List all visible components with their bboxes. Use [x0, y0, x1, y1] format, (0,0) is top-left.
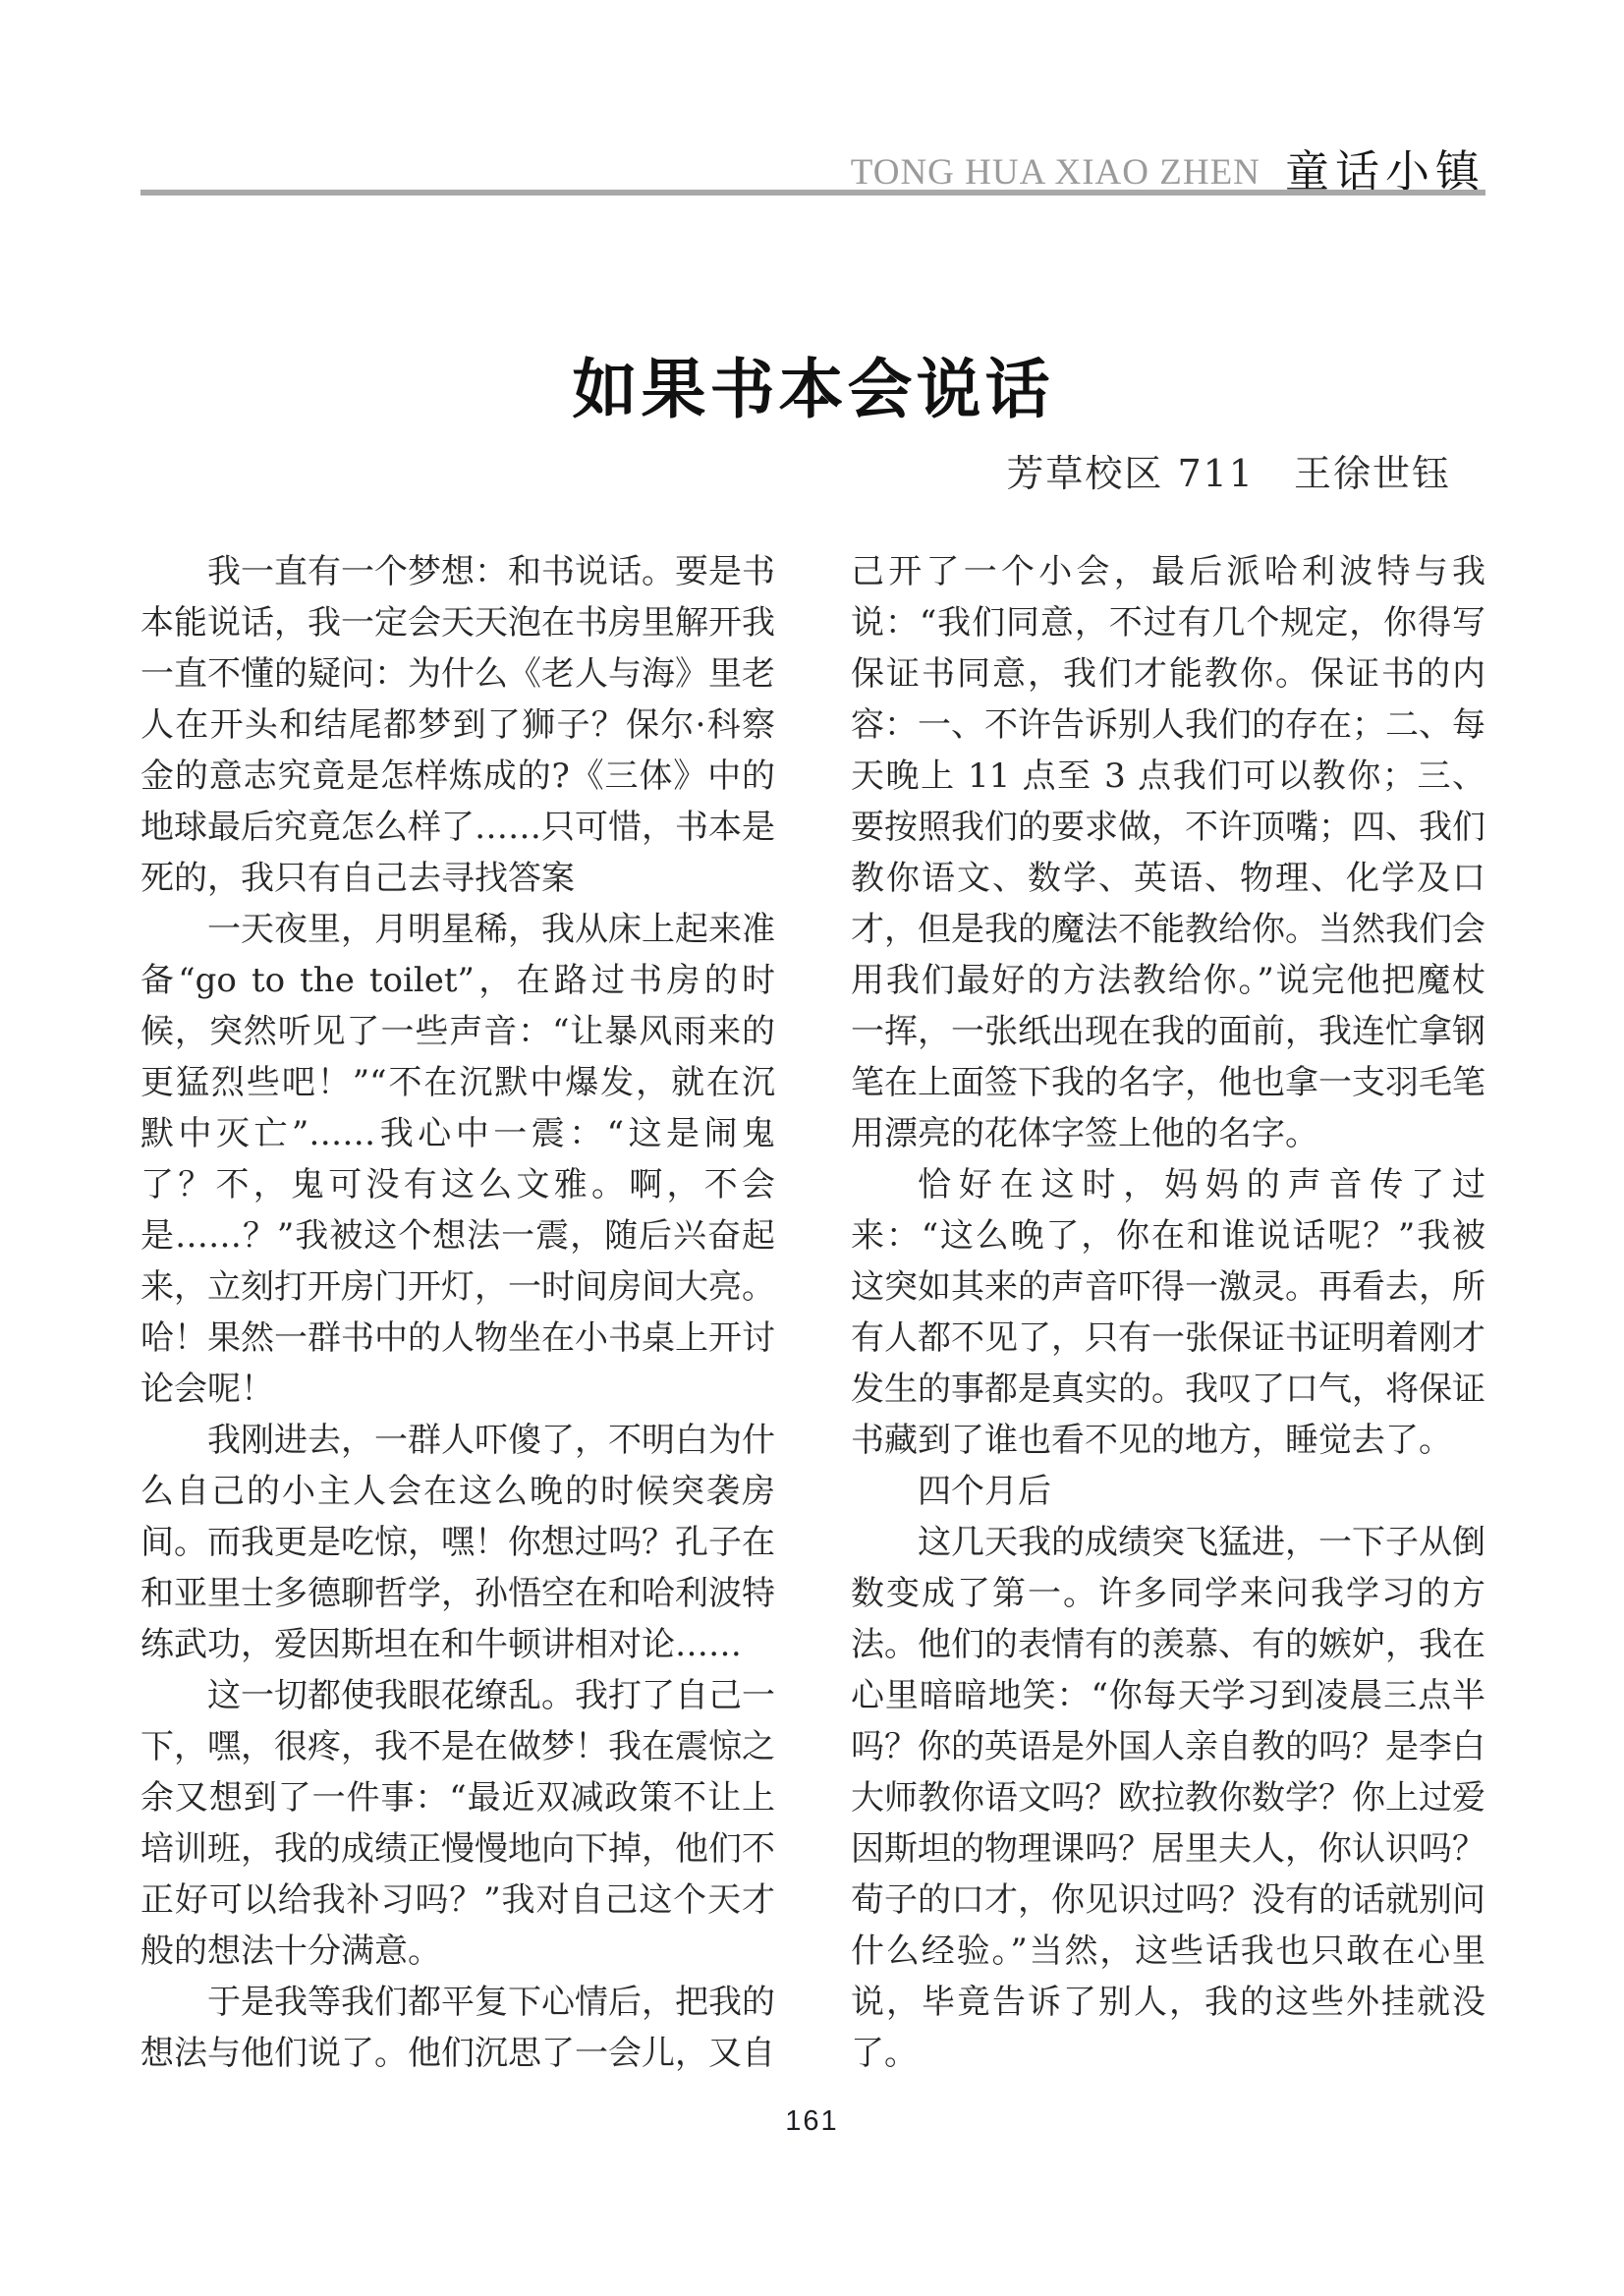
paragraph: 己开了一个小会，最后派哈利波特与我说：“我们同意，不过有几个规定，你得写保证书同… [851, 546, 1485, 1159]
paragraph: 这一切都使我眼花缭乱。我打了自己一下，嘿，很疼，我不是在做梦！我在震惊之余又想到… [140, 1670, 775, 1977]
magazine-page: TONG HUA XIAO ZHEN 童话小镇 如果书本会说话 芳草校区 711… [0, 0, 1624, 2296]
page-number: 161 [0, 2105, 1624, 2138]
header-divider-rule [140, 190, 1485, 196]
paragraph: 我刚进去，一群人吓傻了，不明白为什么自己的小主人会在这么晚的时候突袭房间。而我更… [140, 1415, 775, 1670]
paragraph: 四个月后 [851, 1466, 1485, 1517]
article-title: 如果书本会说话 [140, 337, 1485, 430]
body-column-left: 我一直有一个梦想：和书说话。要是书本能说话，我一定会天天泡在书房里解开我一直不懂… [140, 546, 775, 2079]
article-body: 我一直有一个梦想：和书说话。要是书本能说话，我一定会天天泡在书房里解开我一直不懂… [140, 546, 1485, 2079]
paragraph: 恰好在这时，妈妈的声音传了过来：“这么晚了，你在和谁说话呢？”我被这突如其来的声… [851, 1159, 1485, 1466]
paragraph: 一天夜里，月明星稀，我从床上起来准备“go to the toilet”，在路过… [140, 904, 775, 1415]
article-byline: 芳草校区 711 王徐世钰 [140, 443, 1451, 497]
body-column-right: 己开了一个小会，最后派哈利波特与我说：“我们同意，不过有几个规定，你得写保证书同… [851, 546, 1485, 2079]
paragraph: 这几天我的成绩突飞猛进，一下子从倒数变成了第一。许多同学来问我学习的方法。他们的… [851, 1517, 1485, 2079]
running-head-pinyin: TONG HUA XIAO ZHEN [851, 152, 1260, 193]
paragraph: 我一直有一个梦想：和书说话。要是书本能说话，我一定会天天泡在书房里解开我一直不懂… [140, 546, 775, 904]
paragraph: 于是我等我们都平复下心情后，把我的想法与他们说了。他们沉思了一会儿，又自 [140, 1977, 775, 2079]
